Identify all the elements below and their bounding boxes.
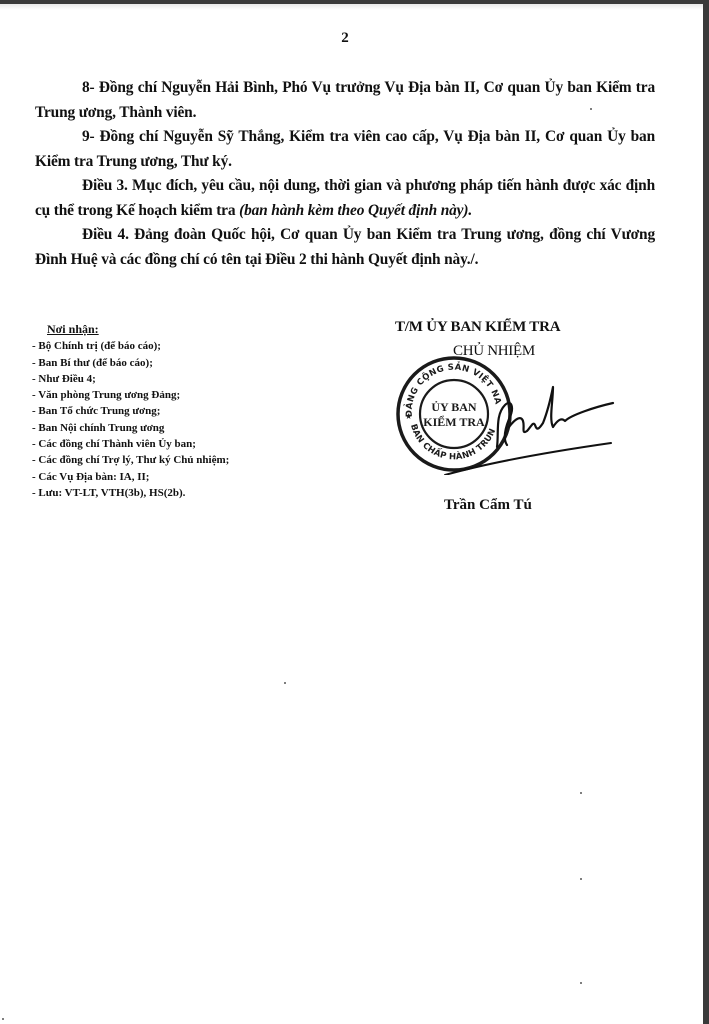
- paragraph-segment: 8- Đồng chí Nguyễn Hải Bình, Phó Vụ trưở…: [35, 79, 655, 121]
- document-page: 2 8- Đồng chí Nguyễn Hải Bình, Phó Vụ tr…: [0, 4, 703, 1024]
- recipients-list: - Bộ Chính trị (để báo cáo);- Ban Bí thư…: [32, 338, 332, 501]
- paragraph-segment: Đảng đoàn Quốc hội, Cơ quan Ủy ban Kiểm …: [35, 226, 655, 268]
- page-top-shade: [0, 4, 703, 10]
- recipient-item: - Văn phòng Trung ương Đảng;: [32, 387, 332, 403]
- scan-speck: [590, 108, 592, 110]
- recipient-item: - Ban Nội chính Trung ương: [32, 420, 332, 436]
- paragraph-item-9: 9- Đồng chí Nguyễn Sỹ Thắng, Kiểm tra vi…: [35, 125, 655, 174]
- decision-body: 8- Đồng chí Nguyễn Hải Bình, Phó Vụ trưở…: [35, 76, 655, 272]
- scan-speck: [284, 682, 286, 684]
- recipients-title: Nơi nhận:: [47, 321, 332, 337]
- handwritten-signature-icon: [435, 375, 615, 475]
- scan-speck: [580, 792, 582, 794]
- paragraph-item-8: 8- Đồng chí Nguyễn Hải Bình, Phó Vụ trưở…: [35, 76, 655, 125]
- signature-on-behalf-of: T/M ỦY BAN KIỂM TRA: [395, 319, 560, 336]
- paragraph-article-3: Điều 3. Mục đích, yêu cầu, nội dung, thờ…: [35, 174, 655, 223]
- recipients-block: Nơi nhận: - Bộ Chính trị (để báo cáo);- …: [32, 321, 332, 501]
- paragraph-segment: Điều 3.: [82, 177, 128, 194]
- recipient-item: - Các đồng chí Trợ lý, Thư ký Chủ nhiệm;: [32, 452, 332, 468]
- scan-speck: [580, 982, 582, 984]
- paragraph-segment: Điều 4.: [82, 226, 129, 243]
- recipient-item: - Như Điều 4;: [32, 371, 332, 387]
- recipient-item: - Các đồng chí Thành viên Ủy ban;: [32, 436, 332, 452]
- recipient-item: - Ban Bí thư (để báo cáo);: [32, 355, 332, 371]
- paragraph-segment: (ban hành kèm theo Quyết định này).: [239, 202, 472, 219]
- signature-block: T/M ỦY BAN KIỂM TRA CHỦ NHIỆM ĐẢNG CỘNG …: [375, 319, 635, 519]
- page-number: 2: [0, 30, 690, 47]
- scan-speck: [2, 1018, 4, 1020]
- paragraph-segment: 9- Đồng chí Nguyễn Sỹ Thắng, Kiểm tra vi…: [35, 128, 655, 170]
- recipient-item: - Các Vụ Địa bàn: IA, II;: [32, 469, 332, 485]
- recipient-item: - Lưu: VT-LT, VTH(3b), HS(2b).: [32, 485, 332, 501]
- recipient-item: - Bộ Chính trị (để báo cáo);: [32, 338, 332, 354]
- paragraph-article-4: Điều 4. Đảng đoàn Quốc hội, Cơ quan Ủy b…: [35, 223, 655, 272]
- recipient-item: - Ban Tổ chức Trung ương;: [32, 403, 332, 419]
- scan-speck: [580, 878, 582, 880]
- signer-name: Trần Cẩm Tú: [444, 497, 532, 514]
- svg-text:★: ★: [405, 412, 412, 421]
